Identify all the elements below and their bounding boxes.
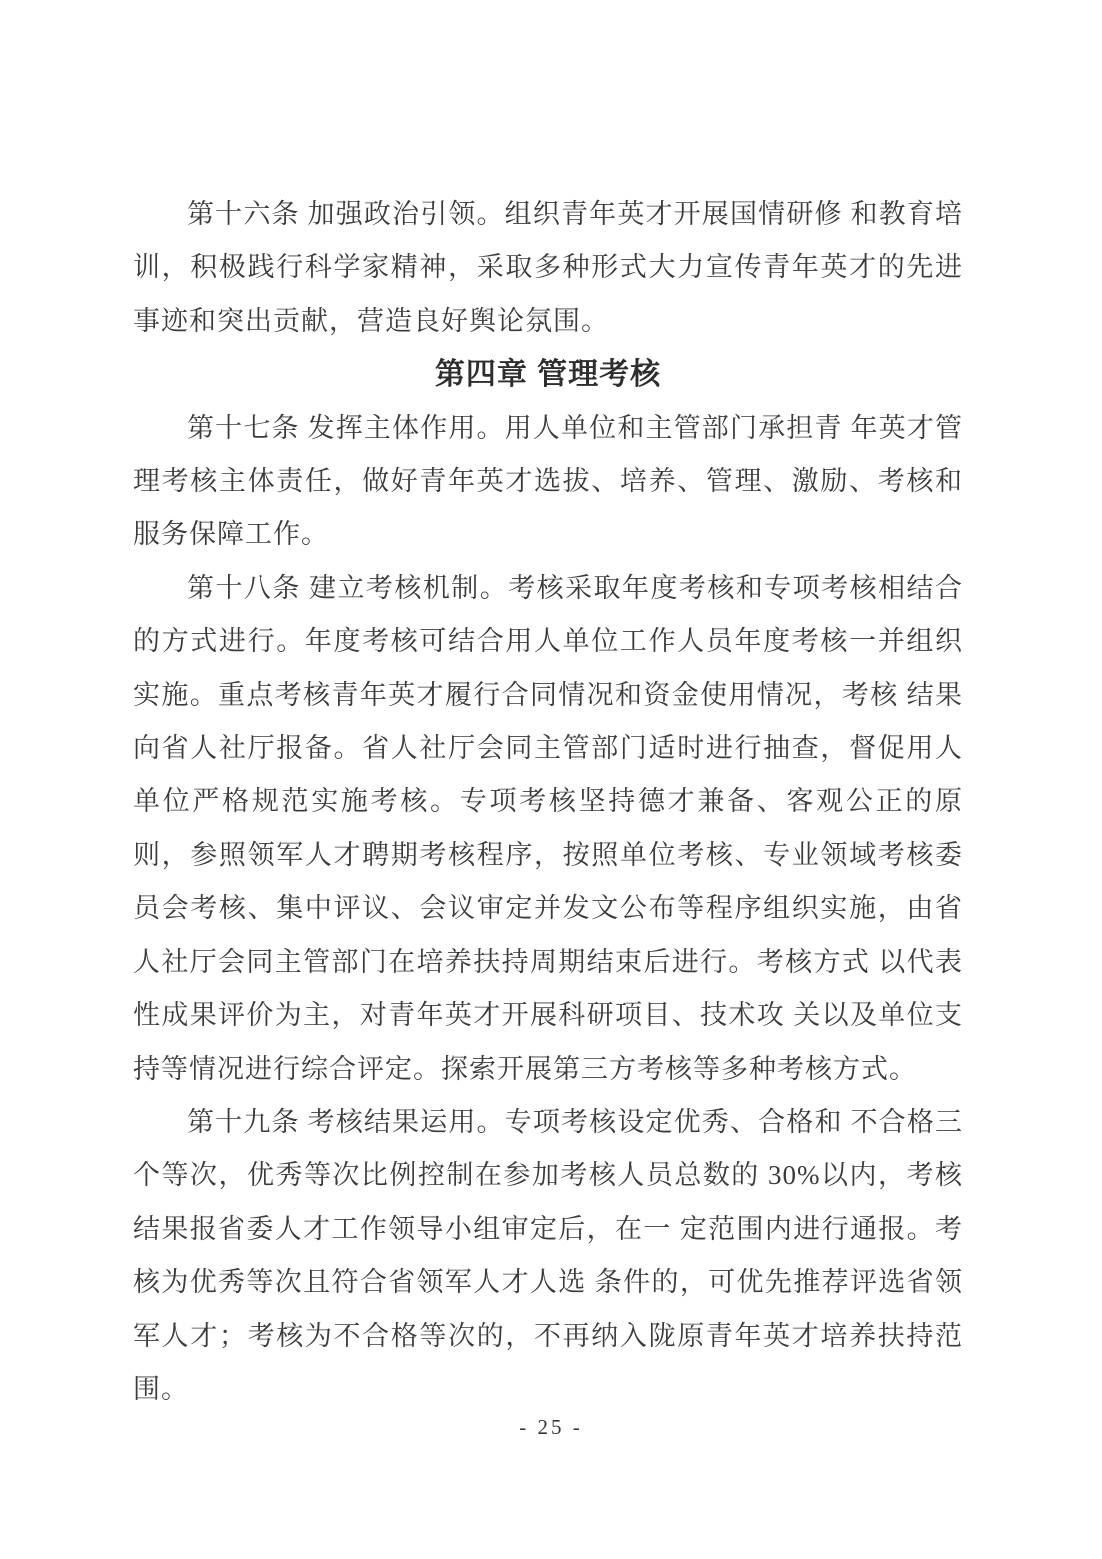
paragraph: 第十六条 加强政治引领。组织青年英才开展国情研修 和教育培训，积极践行科学家精神… bbox=[133, 188, 963, 348]
paragraph: 第十七条 发挥主体作用。用人单位和主管部门承担青 年英才管理考核主体责任，做好青… bbox=[133, 402, 963, 562]
paragraph: 第十八条 建立考核机制。考核采取年度考核和专项考核相结合的方式进行。年度考核可结… bbox=[133, 562, 963, 1096]
chapter-heading: 第四章 管理考核 bbox=[133, 348, 963, 401]
document-page: 第十六条 加强政治引领。组织青年英才开展国情研修 和教育培训，积极践行科学家精神… bbox=[0, 0, 1102, 1559]
paragraph: 第十九条 考核结果运用。专项考核设定优秀、合格和 不合格三个等次，优秀等次比例控… bbox=[133, 1096, 963, 1416]
page-number: - 25 - bbox=[0, 1415, 1102, 1440]
document-body: 第十六条 加强政治引领。组织青年英才开展国情研修 和教育培训，积极践行科学家精神… bbox=[133, 188, 963, 1416]
